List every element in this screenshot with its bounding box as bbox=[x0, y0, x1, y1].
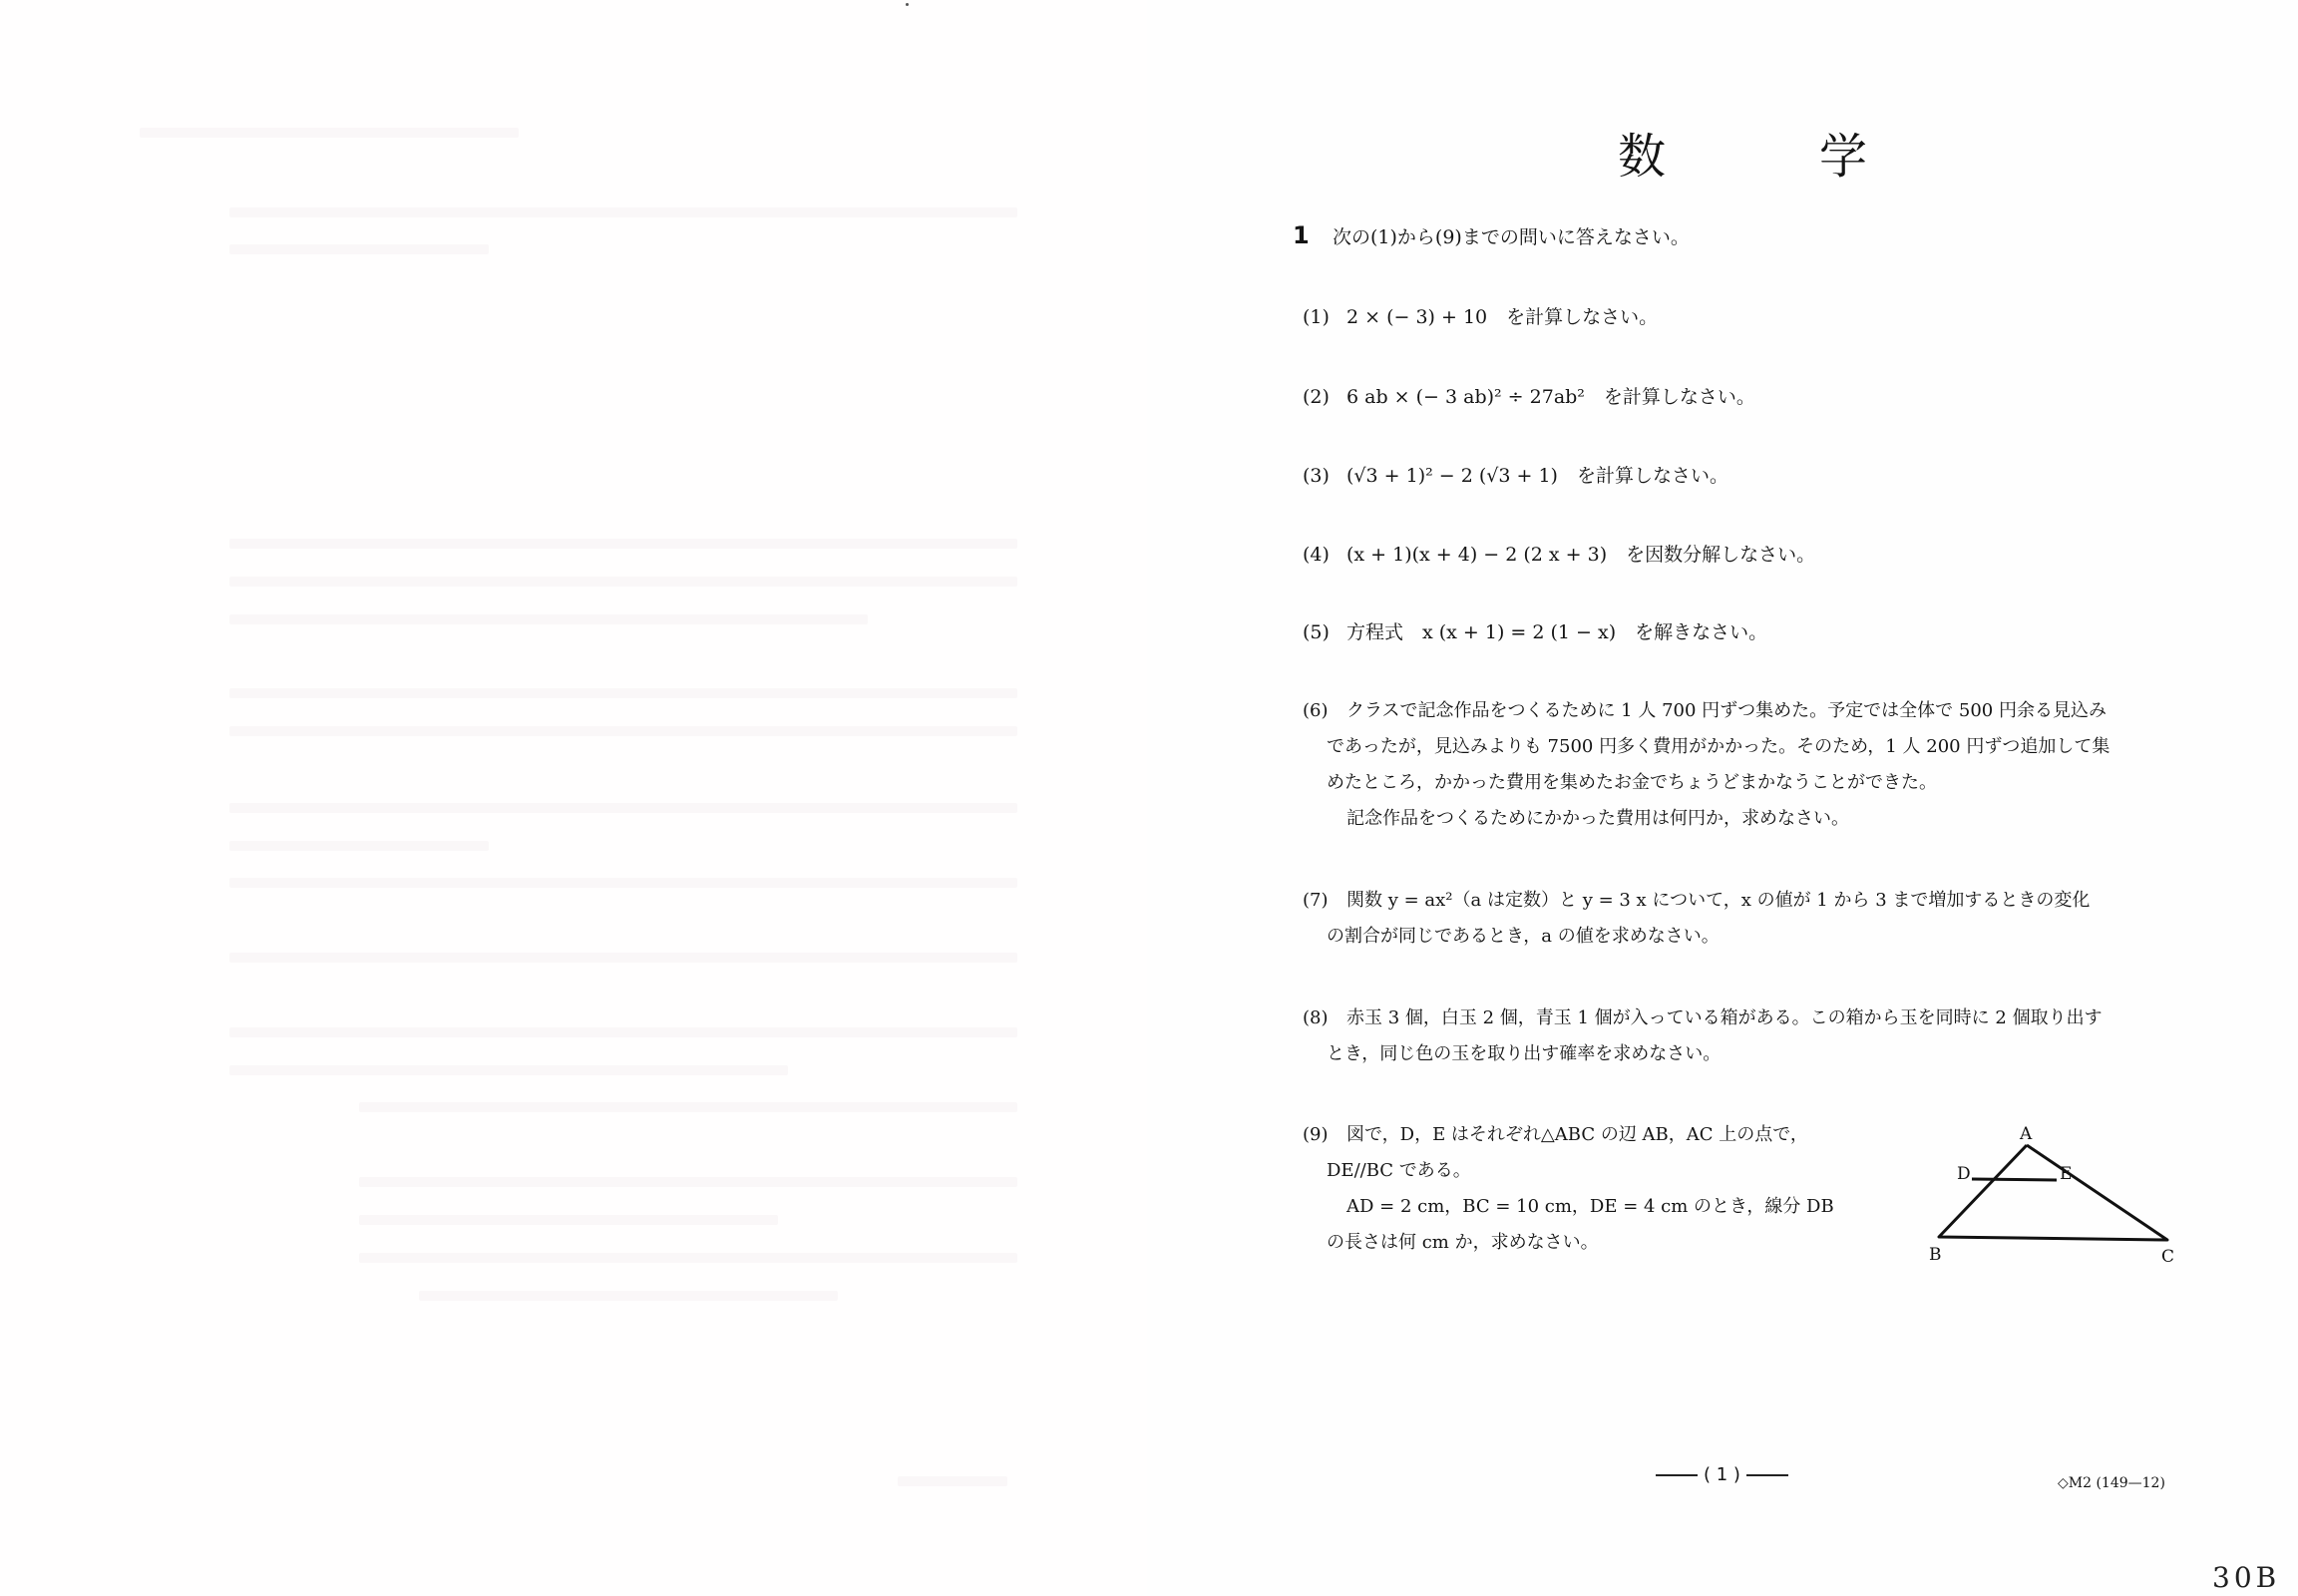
bleed-through-mark bbox=[898, 1476, 1007, 1486]
question-text-line: の長さは何 cm か，求めなさい。 bbox=[1303, 1225, 1901, 1261]
label-d: D bbox=[1957, 1164, 1971, 1184]
page-title: 数 学 bbox=[1618, 118, 1867, 187]
bleed-through-mark bbox=[359, 1215, 778, 1225]
question-text: (√3 + 1)² − 2 (√3 + 1) を計算しなさい。 bbox=[1346, 458, 1728, 494]
question-4: (4) (x + 1)(x + 4) − 2 (2 x + 3) を因数分解しな… bbox=[1303, 537, 2170, 573]
question-number: (3) bbox=[1303, 458, 1346, 494]
bleed-through-mark bbox=[140, 128, 519, 138]
bleed-through-mark bbox=[419, 1291, 838, 1301]
question-text-line: の割合が同じであるとき，a の値を求めなさい。 bbox=[1303, 919, 2170, 955]
segment-de bbox=[1972, 1179, 2057, 1180]
section-number: 1 bbox=[1293, 221, 1333, 249]
question-2: (2) 6 ab × (− 3 ab)² ÷ 27ab² を計算しなさい。 bbox=[1303, 379, 2170, 415]
question-text-line: 赤玉 3 個，白玉 2 個，青玉 1 個が入っている箱がある。この箱から玉を同時… bbox=[1346, 1000, 2103, 1036]
bleed-through-mark bbox=[229, 726, 1017, 736]
left-page-blank bbox=[0, 0, 1147, 1596]
question-text-line: めたところ，かかった費用を集めたお金でちょうどまかなうことができた。 bbox=[1303, 765, 2170, 801]
question-3: (3) (√3 + 1)² − 2 (√3 + 1) を計算しなさい。 bbox=[1303, 458, 2170, 494]
question-5: (5) 方程式 x (x + 1) = 2 (1 − x) を解きなさい。 bbox=[1303, 614, 2170, 650]
label-c: C bbox=[2161, 1247, 2174, 1264]
question-number: (6) bbox=[1303, 693, 1346, 729]
section-header: 1 次の(1)から(9)までの問いに答えなさい。 bbox=[1293, 221, 1690, 249]
label-b: B bbox=[1929, 1245, 1942, 1264]
exam-code: ◇M2 (149—12) bbox=[2058, 1475, 2165, 1491]
bleed-through-mark bbox=[359, 1102, 1017, 1112]
question-text-line: DE//BC である。 bbox=[1303, 1153, 1901, 1189]
question-number: (2) bbox=[1303, 379, 1346, 415]
label-a: A bbox=[2019, 1124, 2033, 1144]
question-text: 方程式 x (x + 1) = 2 (1 − x) を解きなさい。 bbox=[1346, 614, 1767, 650]
bleed-through-mark bbox=[229, 577, 1017, 587]
question-1: (1) 2 × (− 3) + 10 を計算しなさい。 bbox=[1303, 299, 2170, 335]
question-text-line: 記念作品をつくるためにかかった費用は何円か，求めなさい。 bbox=[1303, 801, 2170, 837]
question-text-line: であったが，見込みよりも 7500 円多く費用がかかった。そのため，1 人 20… bbox=[1303, 729, 2170, 765]
question-number: (8) bbox=[1303, 1000, 1346, 1036]
question-text: 6 ab × (− 3 ab)² ÷ 27ab² を計算しなさい。 bbox=[1346, 379, 1755, 415]
exam-spread: 数 学 1 次の(1)から(9)までの問いに答えなさい。 (1) 2 × (− … bbox=[0, 0, 2298, 1596]
bleed-through-mark bbox=[229, 244, 489, 254]
title-char-2: 学 bbox=[1819, 118, 1867, 187]
page-number: ( 1 ) bbox=[1656, 1464, 1788, 1485]
question-text-line: 関数 y = ax²（a は定数）と y = 3 x について，x の値が 1 … bbox=[1346, 883, 2090, 919]
bleed-through-mark bbox=[229, 1027, 1017, 1037]
question-number: (7) bbox=[1303, 883, 1346, 919]
bleed-through-mark bbox=[229, 953, 1017, 963]
bleed-through-mark bbox=[229, 207, 1017, 217]
section-instruction: 次の(1)から(9)までの問いに答えなさい。 bbox=[1333, 222, 1690, 249]
question-number: (1) bbox=[1303, 299, 1346, 335]
question-6: (6) クラスで記念作品をつくるために 1 人 700 円ずつ集めた。予定では全… bbox=[1303, 693, 2170, 837]
bleed-through-mark bbox=[359, 1177, 1017, 1187]
scan-speck bbox=[906, 3, 909, 6]
bleed-through-mark bbox=[229, 803, 1017, 813]
label-e: E bbox=[2060, 1164, 2072, 1184]
triangle-diagram: A D E B C bbox=[1920, 1119, 2194, 1264]
bleed-through-mark bbox=[359, 1253, 1017, 1263]
bleed-through-mark bbox=[229, 688, 1017, 698]
question-number: (9) bbox=[1303, 1117, 1346, 1153]
bleed-through-mark bbox=[229, 614, 868, 624]
question-text-line: クラスで記念作品をつくるために 1 人 700 円ずつ集めた。予定では全体で 5… bbox=[1346, 693, 2106, 729]
dash-right bbox=[1746, 1474, 1788, 1476]
question-text-line: とき，同じ色の玉を取り出す確率を求めなさい。 bbox=[1303, 1036, 2170, 1072]
triangle-abc-icon: A D E B C bbox=[1920, 1119, 2194, 1264]
question-7: (7) 関数 y = ax²（a は定数）と y = 3 x について，x の値… bbox=[1303, 883, 2170, 955]
question-9: (9) 図で，D，E はそれぞれ△ABC の辺 AB，AC 上の点で， DE//… bbox=[1303, 1117, 1901, 1261]
question-text-line: AD = 2 cm，BC = 10 cm，DE = 4 cm のとき，線分 DB bbox=[1303, 1189, 1901, 1225]
question-8: (8) 赤玉 3 個，白玉 2 個，青玉 1 個が入っている箱がある。この箱から… bbox=[1303, 1000, 2170, 1072]
bleed-through-mark bbox=[229, 841, 489, 851]
bleed-through-mark bbox=[229, 878, 1017, 888]
dash-left bbox=[1656, 1474, 1698, 1476]
question-number: (4) bbox=[1303, 537, 1346, 573]
question-text-line: 図で，D，E はそれぞれ△ABC の辺 AB，AC 上の点で， bbox=[1346, 1117, 1808, 1153]
scan-stamp: 30B bbox=[2212, 1561, 2280, 1594]
bleed-through-mark bbox=[229, 539, 1017, 549]
question-text: (x + 1)(x + 4) − 2 (2 x + 3) を因数分解しなさい。 bbox=[1346, 537, 1815, 573]
triangle-abc bbox=[1939, 1145, 2167, 1240]
title-char-1: 数 bbox=[1618, 118, 1666, 187]
page-number-text: ( 1 ) bbox=[1698, 1464, 1746, 1485]
bleed-through-mark bbox=[229, 1065, 788, 1075]
question-text: 2 × (− 3) + 10 を計算しなさい。 bbox=[1346, 299, 1658, 335]
question-number: (5) bbox=[1303, 614, 1346, 650]
